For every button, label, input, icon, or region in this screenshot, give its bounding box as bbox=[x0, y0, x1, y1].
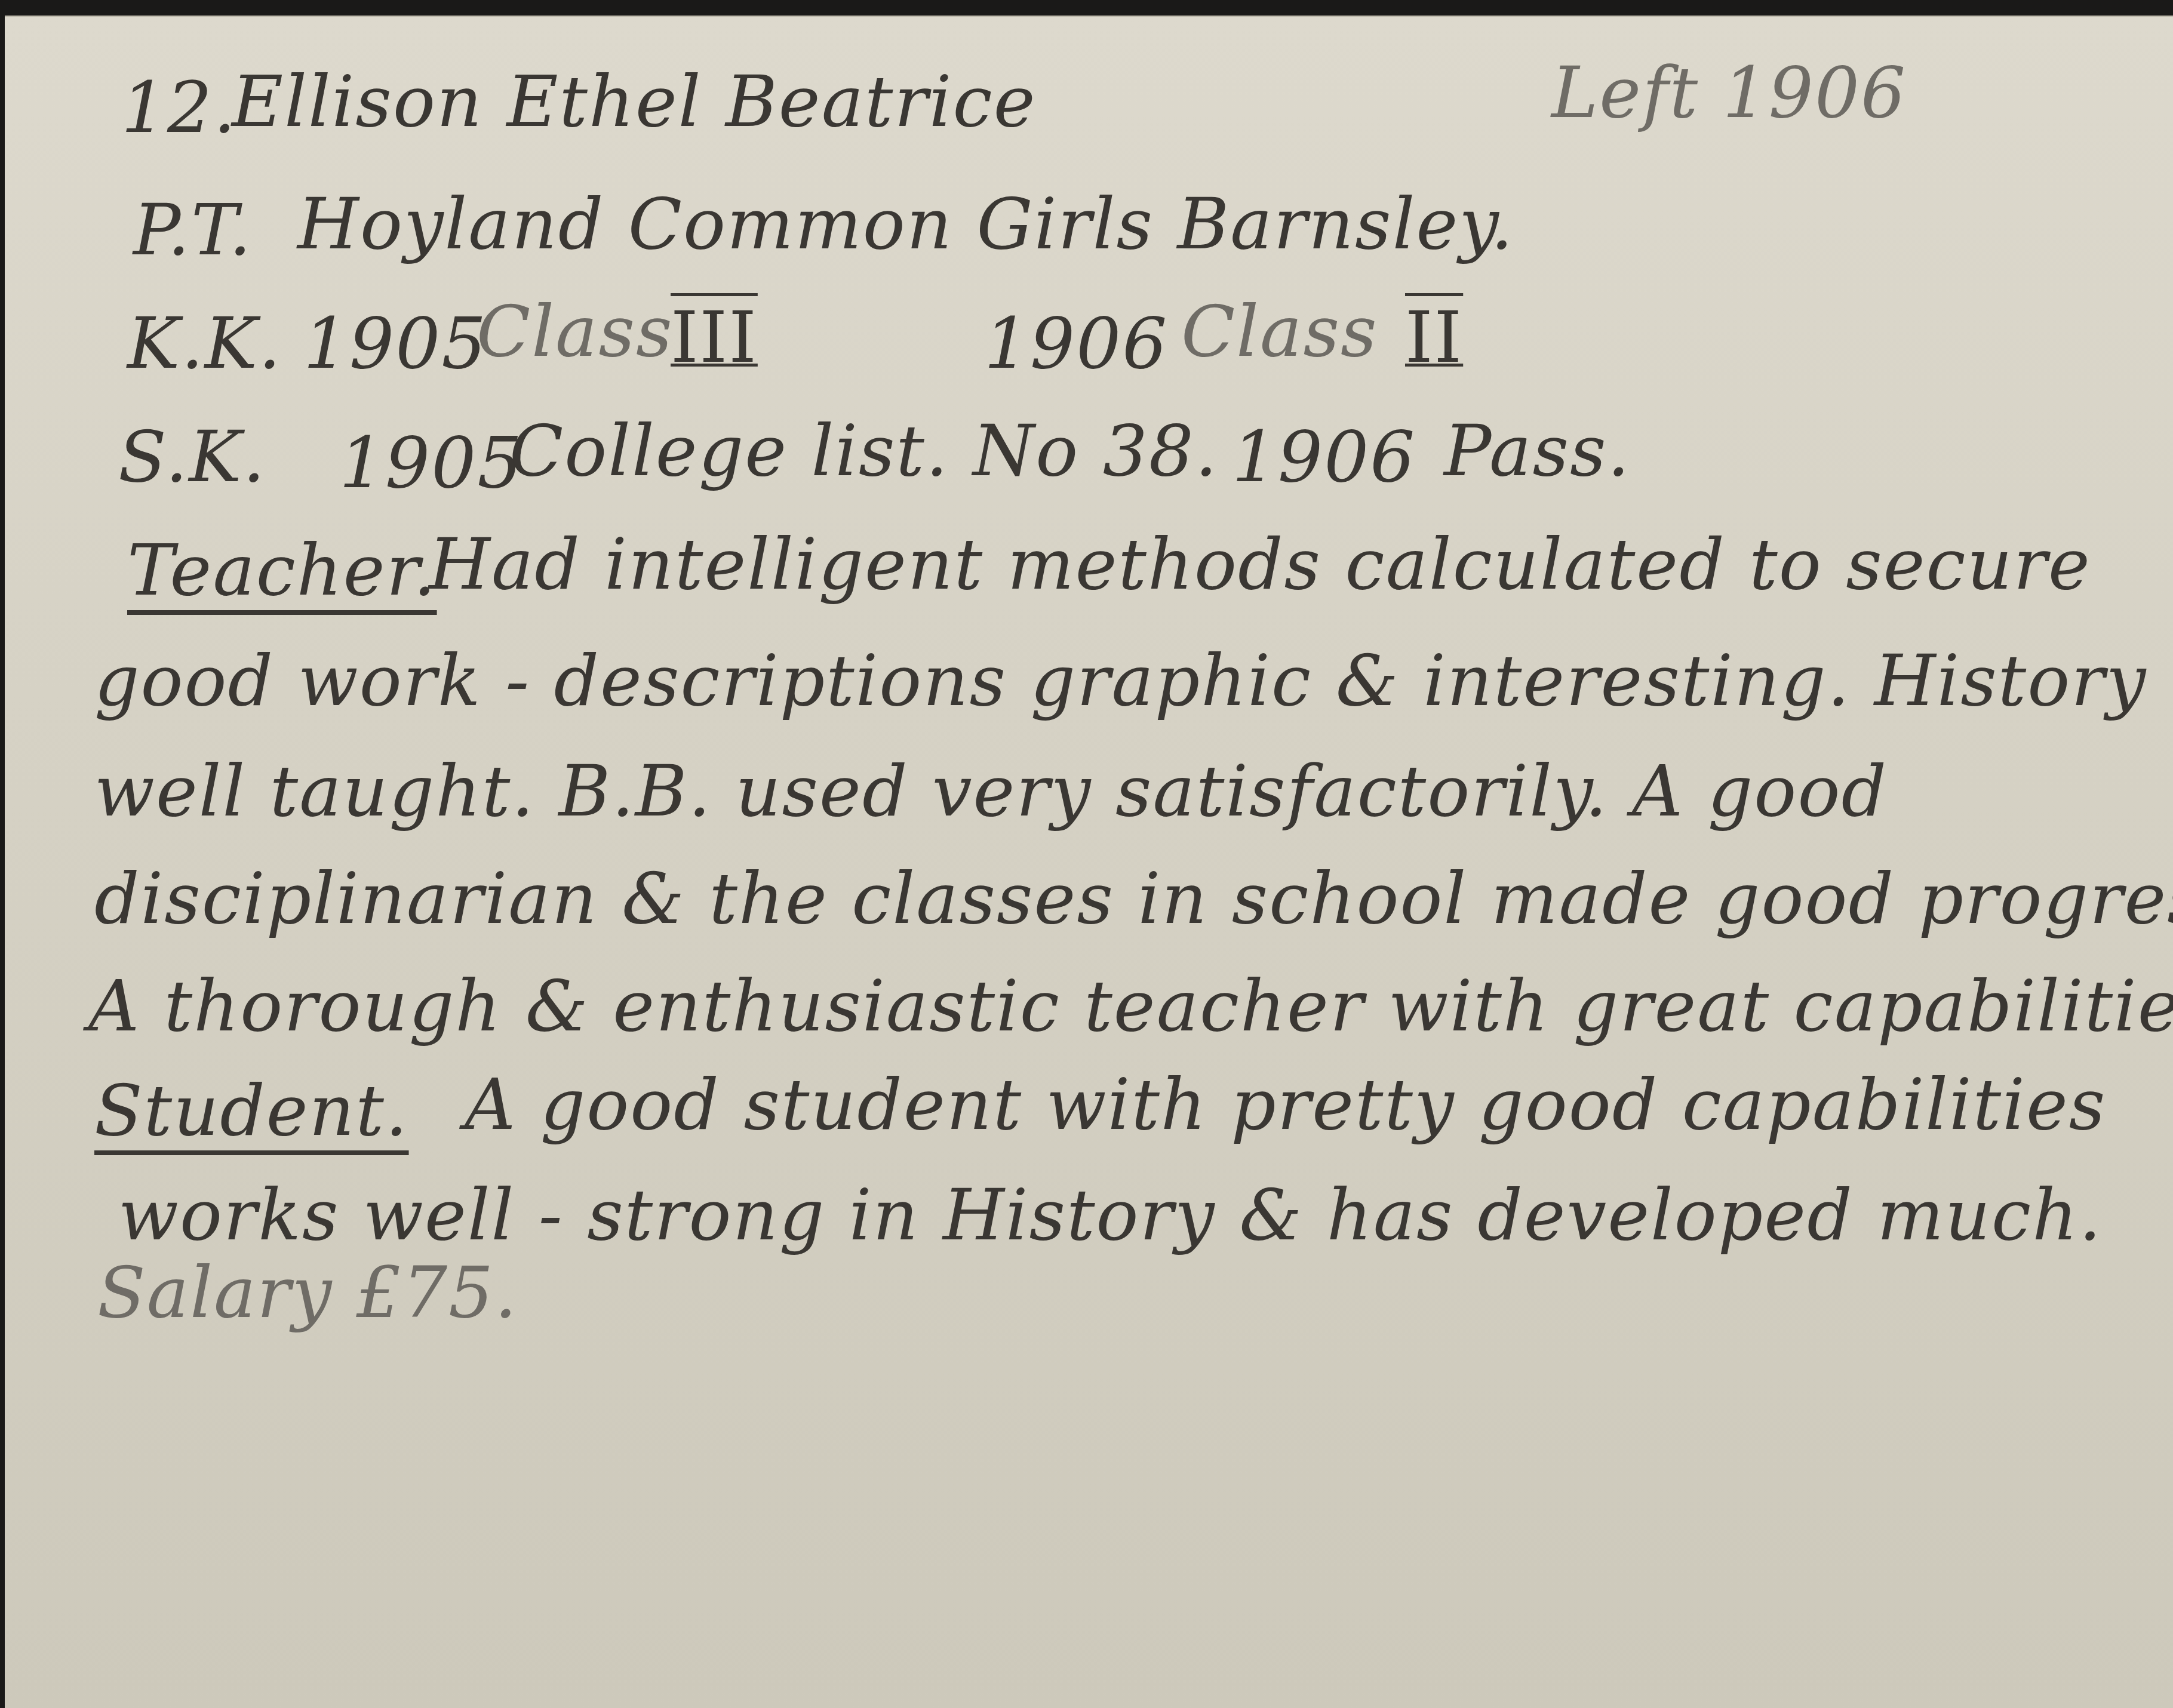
teacher-remark-line-3: well taught. B.B. used very satisfactori… bbox=[94, 756, 1888, 826]
teacher-heading: Teacher. bbox=[127, 535, 437, 605]
sk-year-1905: 1905 bbox=[339, 427, 523, 498]
kk-year-1906: 1906 bbox=[984, 308, 1168, 378]
student-remark-line-1: A good student with pretty good capabili… bbox=[465, 1069, 2106, 1140]
kk-class-ii: II bbox=[1405, 302, 1463, 373]
kk-class-iii: III bbox=[671, 302, 758, 373]
pt-school: Hoyland Common Girls Barnsley. bbox=[297, 189, 1514, 259]
student-remark-line-2: works well - strong in History & has dev… bbox=[118, 1180, 2103, 1250]
sk-pass: Pass. bbox=[1444, 416, 1631, 486]
record-card: 12. Ellison Ethel Beatrice Left 1906 P.T… bbox=[5, 16, 2173, 1708]
teacher-remark-line-5: A thorough & enthusiastic teacher with g… bbox=[88, 971, 2173, 1041]
salary: Salary £75. bbox=[97, 1257, 518, 1328]
entry-number: 12. bbox=[121, 72, 237, 143]
sk-year-1906: 1906 bbox=[1232, 421, 1416, 492]
sk-label: S.K. bbox=[118, 421, 266, 492]
kk-class-label-2: Class bbox=[1181, 296, 1378, 367]
kk-class-label-1: Class bbox=[477, 296, 674, 367]
student-heading: Student. bbox=[94, 1075, 409, 1146]
teacher-remark-line-4: disciplinarian & the classes in school m… bbox=[94, 863, 2173, 934]
pt-label: P.T. bbox=[133, 195, 253, 265]
teacher-remark-line-1: Had intelligent methods calculated to se… bbox=[429, 529, 2091, 599]
teacher-remark-line-2: good work - descriptions graphic & inter… bbox=[94, 645, 2173, 716]
kk-label: K.K. bbox=[127, 308, 282, 378]
sk-college-list: College list. No 38. bbox=[509, 416, 1218, 486]
kk-year-1905: 1905 bbox=[303, 308, 487, 378]
left-year: Left 1906 bbox=[1551, 57, 1907, 128]
student-name: Ellison Ethel Beatrice bbox=[232, 66, 1036, 137]
